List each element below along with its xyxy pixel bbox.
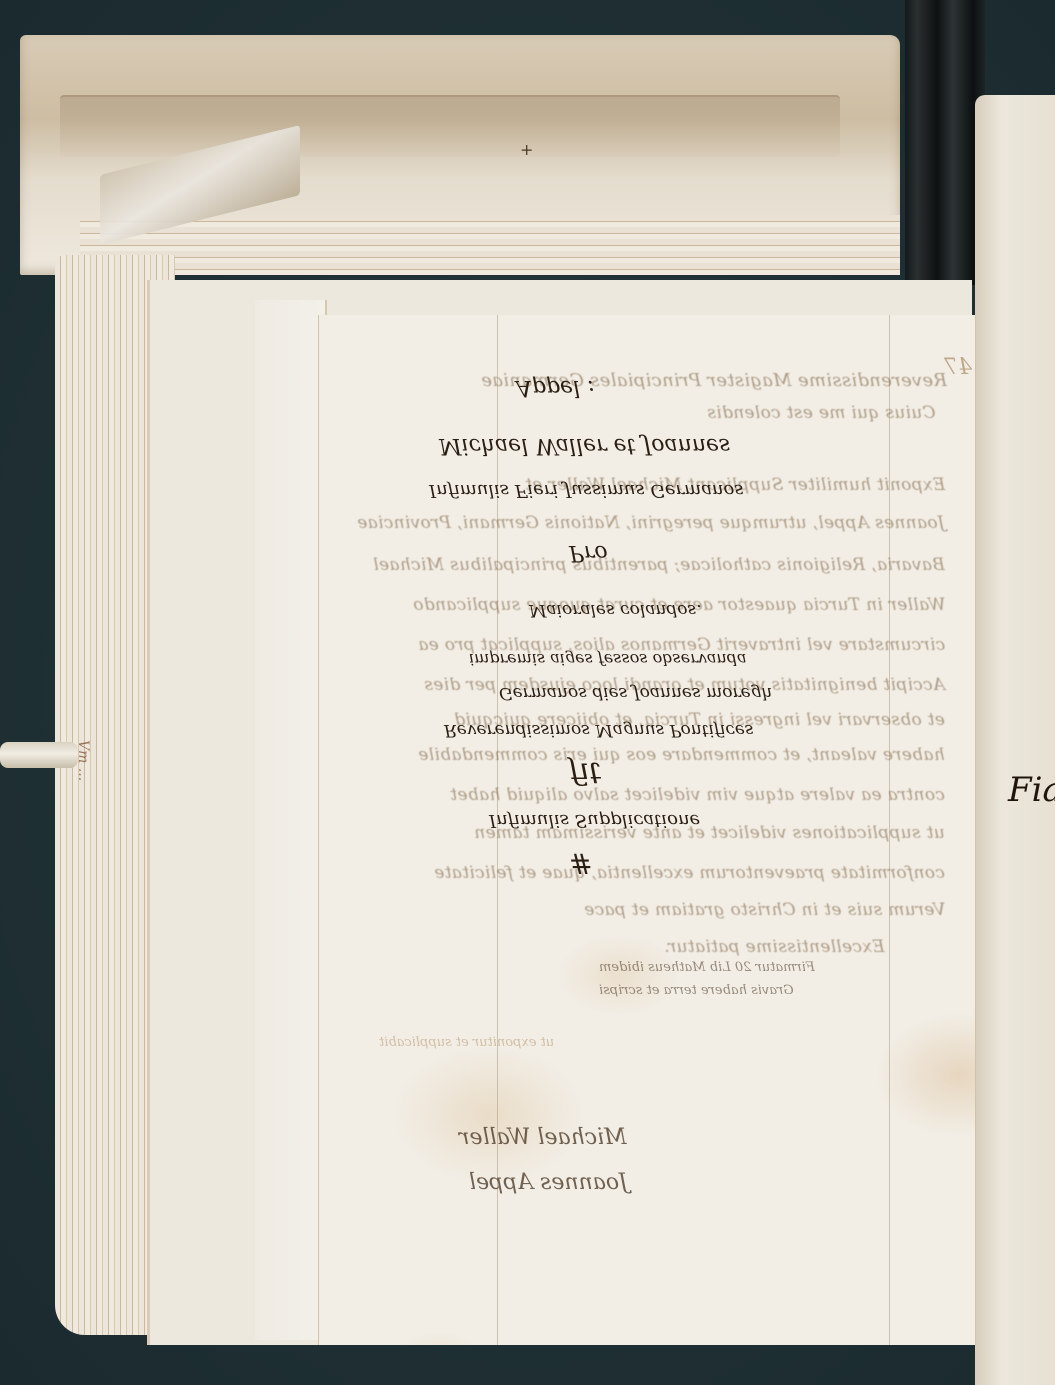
bleed-line: contra ea valere atque vim videlicet sal… xyxy=(450,785,945,805)
ink-line: Pro xyxy=(569,540,608,565)
ink-line: impremis aiges fessos observanda xyxy=(469,650,747,669)
binding-strip xyxy=(905,0,985,285)
faint-note: Firmatur 20 Lib Matheus ibidem xyxy=(599,960,815,975)
binding-cord xyxy=(0,742,78,768)
ink-line: Appel : xyxy=(516,375,595,400)
bleed-line: Excellentissime patiatur. xyxy=(664,937,885,957)
faint-note: ut exponitur et supplicabit xyxy=(379,1035,554,1050)
ink-line: Infimulis Fieri Jussimus Germanos xyxy=(429,480,744,501)
ink-line: Michael Waller et Joannes xyxy=(439,433,730,458)
ink-line: Reverendissimos Magnus Pontifices xyxy=(444,720,754,740)
main-manuscript-sheet: 47 Reverendissime Magister Principiales … xyxy=(318,315,976,1345)
left-edge-glyphs: Vm ... xyxy=(70,740,96,781)
faint-note: Gravis habere terra et scripsi xyxy=(599,983,794,998)
bleed-line: Bavaria, Religionis catholicae; parentib… xyxy=(373,555,945,575)
adjacent-bundle xyxy=(975,95,1055,1385)
bleed-line: conformitate praeventorum excellentia, q… xyxy=(434,863,945,883)
signature: Joannes Appel xyxy=(469,1170,628,1195)
ink-line: fit xyxy=(569,755,601,790)
ink-line: # xyxy=(569,847,592,880)
ink-line: Germanos dies Joannes moregh xyxy=(499,683,773,703)
ink-line: Maiorales colandos. xyxy=(529,600,702,620)
ink-line: Infimulis Supplicatione xyxy=(489,810,700,831)
right-margin-mark: Fiat xyxy=(1008,770,1055,810)
bleed-line: Verum suis et in Christo gratiam et pace xyxy=(584,900,945,920)
middle-page-edge xyxy=(255,300,327,1340)
bleed-line: Cuius qui me est colendis xyxy=(707,403,936,423)
folio-number: 47 xyxy=(944,355,972,380)
top-stack-mark: + xyxy=(520,140,533,159)
bleed-line: habere valeant, et commendare eos qui er… xyxy=(418,745,945,765)
signature: Michael Waller xyxy=(459,1125,627,1150)
bundle-top-folded-pages xyxy=(20,35,900,275)
bleed-line: Joannes Appel, utrumque peregrini, Natio… xyxy=(357,513,945,533)
